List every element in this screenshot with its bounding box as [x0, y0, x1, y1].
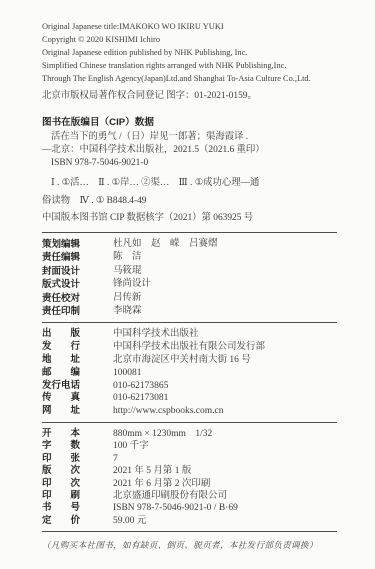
field-value: 中国科学技术出版社 [113, 328, 199, 341]
field-label: 策划编辑 [42, 238, 113, 251]
section-divider [42, 232, 337, 233]
field-value: 北京市海淀区中关村南大街 16 号 [113, 354, 251, 367]
publisher-info-table: 出 版 中国科学技术出版社 发 行 中国科学技术出版社有限公司发行部 地 址 北… [42, 328, 337, 418]
field-label: 版 次 [42, 465, 113, 477]
field-value: 100 千字 [113, 440, 149, 452]
cip-classification-line: Ⅰ . ①活… Ⅱ . ①岸… ②渠… Ⅲ . ①成功心理—通 [42, 174, 337, 192]
field-value: 7 [113, 453, 118, 465]
field-label: 责任编辑 [42, 251, 113, 264]
field-value: 马筱琨 [113, 265, 142, 278]
field-value: 吕传新 [113, 292, 142, 305]
table-row: 责任校对 吕传新 [42, 292, 337, 305]
field-label: 地 址 [42, 354, 113, 367]
english-copyright-line: Original Japanese title:IMAKOKO WO IKIRU… [42, 20, 337, 33]
field-label: 传 真 [42, 392, 113, 405]
book-copyright-page: Original Japanese title:IMAKOKO WO IKIRU… [0, 0, 375, 569]
field-value: 010-62173865 [113, 380, 168, 393]
field-label: 责任校对 [42, 292, 113, 305]
table-row: 印 刷 北京盛通印刷股份有限公司 [42, 490, 337, 502]
cip-record-number-line: 中国版本图书馆 CIP 数据核字（2021）第 063925 号 [42, 212, 337, 225]
copyright-registration-line: 北京市版权局著作权合同登记 图字：01-2021-0159。 [42, 90, 337, 103]
table-row: 印 张 7 [42, 453, 337, 465]
field-label: 定 价 [42, 515, 113, 527]
table-row: 出 版 中国科学技术出版社 [42, 328, 337, 341]
field-value: 中国科学技术出版社有限公司发行部 [113, 341, 265, 354]
table-row: 邮 编 100081 [42, 367, 337, 380]
table-row: 定 价 59.00 元 [42, 515, 337, 527]
table-row: 地 址 北京市海淀区中关村南大街 16 号 [42, 354, 337, 367]
printing-spec-table: 开 本 880mm × 1230mm 1/32 字 数 100 千字 印 张 7… [42, 428, 337, 527]
section-divider [42, 322, 337, 323]
table-row: 发 行 中国科学技术出版社有限公司发行部 [42, 341, 337, 354]
field-label: 印 次 [42, 478, 113, 490]
field-value: 2021 年 6 月第 2 次印刷 [113, 478, 210, 490]
section-divider [42, 531, 337, 532]
table-row: 传 真 010-62173081 [42, 392, 337, 405]
replacement-policy-note: （凡购买本社图书，如有缺页、倒页、脱页者，本社发行部负责调换） [42, 539, 337, 551]
publisher-website-url: http://www.cspbooks.com.cn [113, 405, 223, 418]
cip-title-line: 活在当下的勇气 /（日）岸见一郎著；渠海霞译 . [42, 131, 337, 144]
field-label: 发 行 [42, 341, 113, 354]
field-label: 字 数 [42, 440, 113, 452]
table-row: 印 次 2021 年 6 月第 2 次印刷 [42, 478, 337, 490]
table-row: 责任印制 李晓霖 [42, 305, 337, 318]
english-copyright-line: Original Japanese edition published by N… [42, 46, 337, 59]
field-value: 100081 [113, 367, 142, 380]
field-label: 版式设计 [42, 278, 113, 291]
table-row: 责任编辑 陈 洁 [42, 251, 337, 264]
english-copyright-line: Through The English Agency(Japan)Ltd.and… [42, 72, 337, 85]
cip-classification-block: Ⅰ . ①活… Ⅱ . ①岸… ②渠… Ⅲ . ①成功心理—通 俗读物 Ⅳ . … [42, 174, 337, 210]
field-value: 锋尚设计 [113, 278, 151, 291]
field-value: 杜凡如 赵 嵘 吕赛熠 [113, 238, 218, 251]
table-row: 发行电话 010-62173865 [42, 380, 337, 393]
cip-description-block: 活在当下的勇气 /（日）岸见一郎著；渠海霞译 . —北京：中国科学技术出版社，2… [42, 131, 337, 170]
field-label: 书 号 [42, 502, 113, 514]
field-label: 责任印制 [42, 305, 113, 318]
english-copyright-block: Original Japanese title:IMAKOKO WO IKIRU… [42, 20, 337, 85]
field-label: 发行电话 [42, 380, 113, 393]
field-value: 2021 年 5 月第 1 版 [113, 465, 191, 477]
field-label: 印 张 [42, 453, 113, 465]
table-row: 网 址 http://www.cspbooks.com.cn [42, 405, 337, 418]
field-label: 邮 编 [42, 367, 113, 380]
field-label: 出 版 [42, 328, 113, 341]
field-value: 陈 洁 [113, 251, 142, 264]
field-value: 880mm × 1230mm 1/32 [113, 428, 212, 440]
section-divider [42, 422, 337, 423]
field-label: 开 本 [42, 428, 113, 440]
cip-heading: 图书在版编目（CIP）数据 [42, 116, 337, 129]
field-value: 北京盛通印刷股份有限公司 [113, 490, 227, 502]
field-label: 封面设计 [42, 265, 113, 278]
field-value: 59.00 元 [113, 515, 146, 527]
cip-classification-line: 俗读物 Ⅳ . ① B848.4-49 [42, 192, 337, 210]
field-label: 印 刷 [42, 490, 113, 502]
table-row: 版式设计 锋尚设计 [42, 278, 337, 291]
field-value: 010-62173081 [113, 392, 168, 405]
table-row: 版 次 2021 年 5 月第 1 版 [42, 465, 337, 477]
table-row: 书 号 ISBN 978-7-5046-9021-0 / B·69 [42, 502, 337, 514]
cip-publisher-line: —北京：中国科学技术出版社，2021.5（2021.6 重印） [42, 144, 337, 157]
english-copyright-line: Copyright © 2020 KISHIMI Ichiro [42, 33, 337, 46]
table-row: 封面设计 马筱琨 [42, 265, 337, 278]
cip-isbn-line: ISBN 978-7-5046-9021-0 [42, 157, 337, 170]
table-row: 开 本 880mm × 1230mm 1/32 [42, 428, 337, 440]
table-row: 策划编辑 杜凡如 赵 嵘 吕赛熠 [42, 238, 337, 251]
field-value: 李晓霖 [113, 305, 142, 318]
table-row: 字 数 100 千字 [42, 440, 337, 452]
english-copyright-line: Simplified Chinese translation rights ar… [42, 59, 337, 72]
field-label: 网 址 [42, 405, 113, 418]
field-value: ISBN 978-7-5046-9021-0 / B·69 [113, 502, 238, 514]
staff-credits-table: 策划编辑 杜凡如 赵 嵘 吕赛熠 责任编辑 陈 洁 封面设计 马筱琨 版式设计 … [42, 238, 337, 318]
